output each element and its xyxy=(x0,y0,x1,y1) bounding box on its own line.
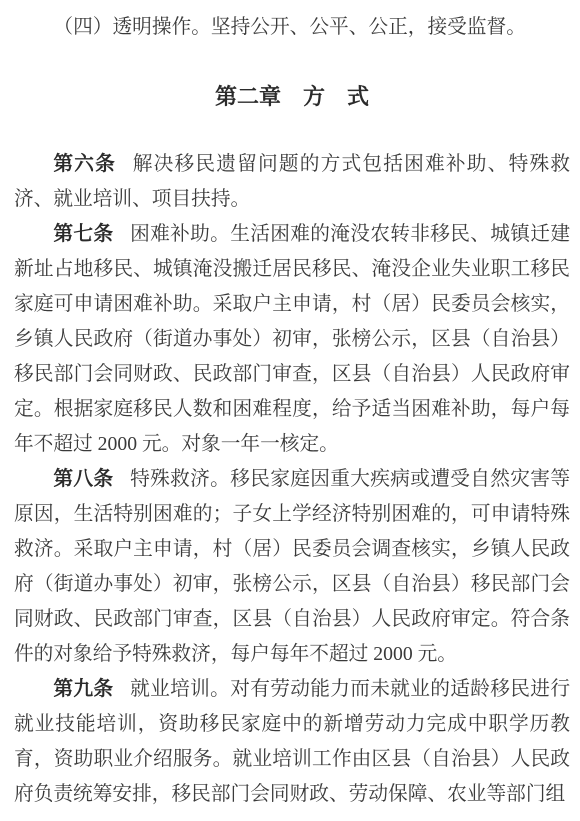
article-paragraph-seven: 第七条困难补助。生活困难的淹没农转非移民、城镇迁建新址占地移民、城镇淹没搬迁居民… xyxy=(14,217,570,462)
article-number-six: 第六条 xyxy=(53,153,116,175)
article-paragraph-six: 第六条解决移民遗留问题的方式包括困难补助、特殊救济、就业培训、项目扶持。 xyxy=(14,147,570,217)
article-number-nine: 第九条 xyxy=(53,678,113,700)
article-paragraph-eight: 第八条特殊救济。移民家庭因重大疾病或遭受自然灾害等原因，生活特别困难的；子女上学… xyxy=(14,462,570,672)
article-number-seven: 第七条 xyxy=(53,223,113,245)
document-page: （四）透明操作。坚持公开、公平、公正，接受监督。 第二章 方 式 第六条解决移民… xyxy=(0,0,580,821)
continuation-paragraph: （四）透明操作。坚持公开、公平、公正，接受监督。 xyxy=(14,10,570,45)
article-text-seven: 困难补助。生活困难的淹没农转非移民、城镇迁建新址占地移民、城镇淹没搬迁居民移民、… xyxy=(14,223,570,455)
article-number-eight: 第八条 xyxy=(53,468,113,490)
chapter-heading: 第二章 方 式 xyxy=(14,79,570,114)
article-text-eight: 特殊救济。移民家庭因重大疾病或遭受自然灾害等原因，生活特别困难的；子女上学经济特… xyxy=(14,468,570,665)
article-paragraph-nine: 第九条就业培训。对有劳动能力而未就业的适龄移民进行就业技能培训，资助移民家庭中的… xyxy=(14,672,570,812)
